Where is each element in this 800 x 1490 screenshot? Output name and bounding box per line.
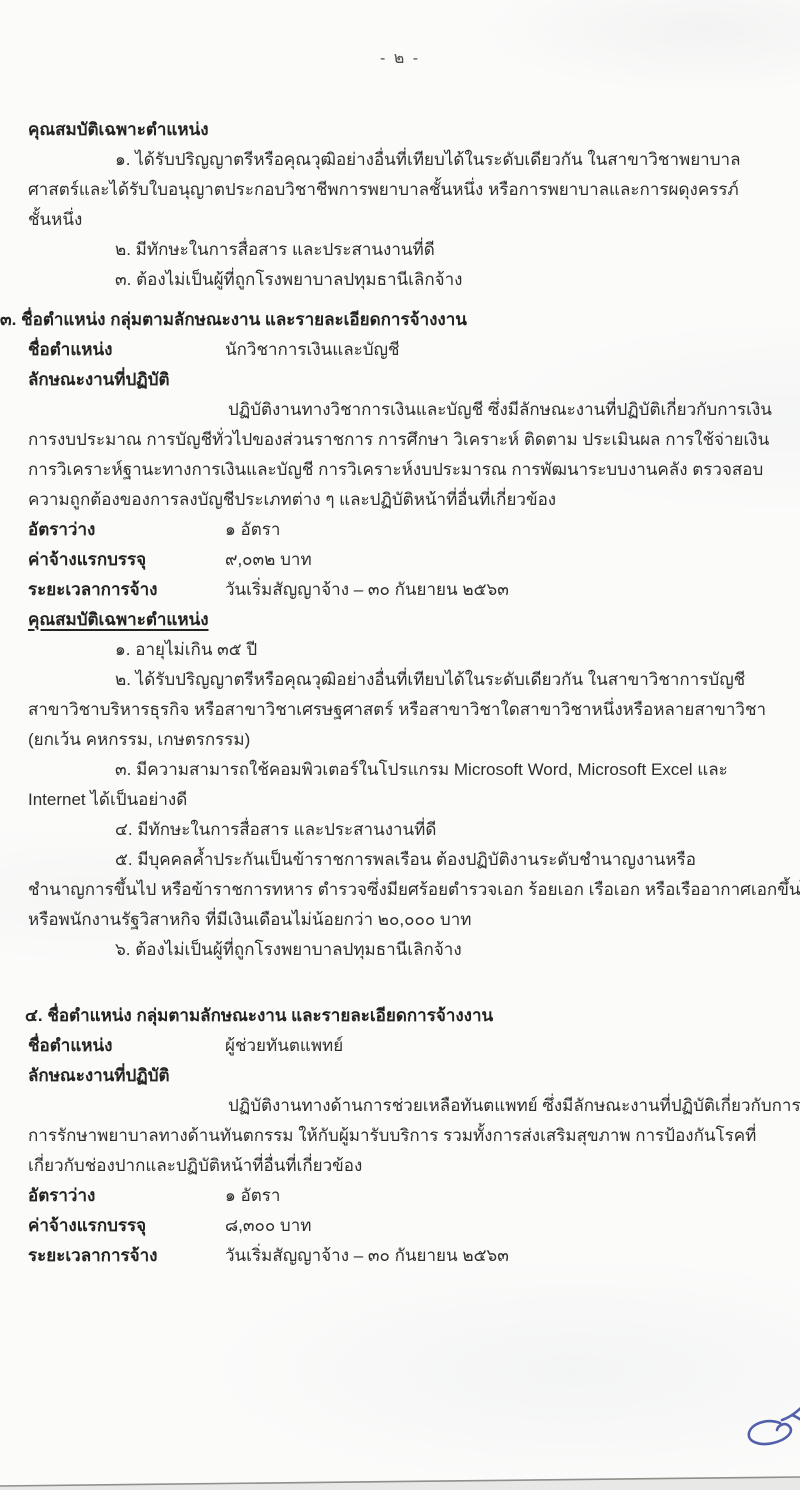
duties-paragraph-line: เกี่ยวกับช่องปากและปฏิบัติหน้าที่อื่นที่…: [28, 1151, 770, 1181]
duties-heading: ลักษณะงานที่ปฏิบัติ: [28, 1061, 770, 1091]
period-row: ระยะเวลาการจ้าง วันเริ่มสัญญาจ้าง – ๓๐ ก…: [28, 575, 770, 605]
list-item: ๕. มีบุคคลค้ำประกันเป็นข้าราชการพลเรือน …: [28, 845, 770, 875]
list-item: ๓. มีความสามารถใช้คอมพิวเตอร์ในโปรแกรม M…: [28, 755, 770, 785]
position-name-value: นักวิชาการเงินและบัญชี: [225, 335, 400, 365]
list-item-continuation: ชำนาญการขึ้นไป หรือข้าราชการทหาร ตำรวจซึ…: [28, 875, 770, 905]
list-item-continuation: หรือพนักงานรัฐวิสาหกิจ ที่มีเงินเดือนไม่…: [28, 905, 770, 935]
salary-label: ค่าจ้างแรกบรรจุ: [28, 545, 225, 575]
list-item-continuation: (ยกเว้น คหกรรม, เกษตรกรรม): [28, 725, 770, 755]
vacancy-label: อัตราว่าง: [28, 1181, 225, 1211]
period-label: ระยะเวลาการจ้าง: [28, 575, 225, 605]
duties-paragraph-line: การงบประมาณ การบัญชีทั่วไปของส่วนราชการ …: [28, 425, 770, 455]
salary-value: ๙,๐๓๒ บาท: [225, 545, 312, 575]
vacancy-label: อัตราว่าง: [28, 515, 225, 545]
vacancy-value: ๑ อัตรา: [225, 1181, 280, 1211]
vacancy-value: ๑ อัตรา: [225, 515, 280, 545]
list-item-continuation: ชั้นหนึ่ง: [28, 205, 770, 235]
position-name-row: ชื่อตำแหน่ง นักวิชาการเงินและบัญชี: [28, 335, 770, 365]
list-item: ๑. อายุไม่เกิน ๓๕ ปี: [28, 635, 770, 665]
period-label: ระยะเวลาการจ้าง: [28, 1241, 225, 1271]
qualifications-heading: คุณสมบัติเฉพาะตำแหน่ง: [28, 605, 770, 635]
signature-icon: [744, 1400, 800, 1456]
list-item-continuation: Internet ได้เป็นอย่างดี: [28, 785, 770, 815]
section-3-heading: ๓. ชื่อตำแหน่ง กลุ่มตามลักษณะงาน และรายล…: [0, 305, 770, 335]
duties-paragraph-line: การรักษาพยาบาลทางด้านทันตกรรม ให้กับผู้ม…: [28, 1121, 770, 1151]
page-number: - ๒ -: [0, 0, 800, 71]
list-item: ๖. ต้องไม่เป็นผู้ที่ถูกโรงพยาบาลปทุมธานี…: [28, 935, 770, 965]
period-value: วันเริ่มสัญญาจ้าง – ๓๐ กันยายน ๒๕๖๓: [225, 575, 509, 605]
document-page: - ๒ - คุณสมบัติเฉพาะตำแหน่ง ๑. ได้รับปริ…: [0, 0, 800, 1490]
duties-heading: ลักษณะงานที่ปฏิบัติ: [28, 365, 770, 395]
position-name-row: ชื่อตำแหน่ง ผู้ช่วยทันตแพทย์: [28, 1031, 770, 1061]
list-item: ๔. มีทักษะในการสื่อสาร และประสานงานที่ดี: [28, 815, 770, 845]
duties-paragraph-line: ความถูกต้องของการลงบัญชีประเภทต่าง ๆ และ…: [28, 485, 770, 515]
list-item-continuation: ศาสตร์และได้รับใบอนุญาตประกอบวิชาชีพการพ…: [28, 175, 770, 205]
vacancy-row: อัตราว่าง ๑ อัตรา: [28, 1181, 770, 1211]
position-name-label: ชื่อตำแหน่ง: [28, 335, 225, 365]
position-name-value: ผู้ช่วยทันตแพทย์: [225, 1031, 343, 1061]
document-body: คุณสมบัติเฉพาะตำแหน่ง ๑. ได้รับปริญญาตรี…: [0, 71, 800, 1271]
duties-paragraph-line: การวิเคราะห์ฐานะทางการเงินและบัญชี การวิ…: [28, 455, 770, 485]
duties-paragraph-line: ปฏิบัติงานทางด้านการช่วยเหลือทันตแพทย์ ซ…: [28, 1091, 770, 1121]
salary-label: ค่าจ้างแรกบรรจุ: [28, 1211, 225, 1241]
list-item: ๑. ได้รับปริญญาตรีหรือคุณวุฒิอย่างอื่นที…: [28, 145, 770, 175]
list-item-continuation: สาขาวิชาบริหารธุรกิจ หรือสาขาวิชาเศรษฐศา…: [28, 695, 770, 725]
salary-value: ๘,๓๐๐ บาท: [225, 1211, 311, 1241]
vacancy-row: อัตราว่าง ๑ อัตรา: [28, 515, 770, 545]
duties-paragraph-line: ปฏิบัติงานทางวิชาการเงินและบัญชี ซึ่งมีล…: [28, 395, 770, 425]
salary-row: ค่าจ้างแรกบรรจุ ๘,๓๐๐ บาท: [28, 1211, 770, 1241]
period-row: ระยะเวลาการจ้าง วันเริ่มสัญญาจ้าง – ๓๐ ก…: [28, 1241, 770, 1271]
qualifications-heading: คุณสมบัติเฉพาะตำแหน่ง: [28, 115, 770, 145]
section-4-heading: ๔. ชื่อตำแหน่ง กลุ่มตามลักษณะงาน และรายล…: [25, 1001, 770, 1031]
page-edge-line: [0, 1470, 800, 1490]
salary-row: ค่าจ้างแรกบรรจุ ๙,๐๓๒ บาท: [28, 545, 770, 575]
list-item: ๓. ต้องไม่เป็นผู้ที่ถูกโรงพยาบาลปทุมธานี…: [28, 265, 770, 295]
period-value: วันเริ่มสัญญาจ้าง – ๓๐ กันยายน ๒๕๖๓: [225, 1241, 509, 1271]
list-item: ๒. มีทักษะในการสื่อสาร และประสานงานที่ดี: [28, 235, 770, 265]
position-name-label: ชื่อตำแหน่ง: [28, 1031, 225, 1061]
list-item: ๒. ได้รับปริญญาตรีหรือคุณวุฒิอย่างอื่นที…: [28, 665, 770, 695]
